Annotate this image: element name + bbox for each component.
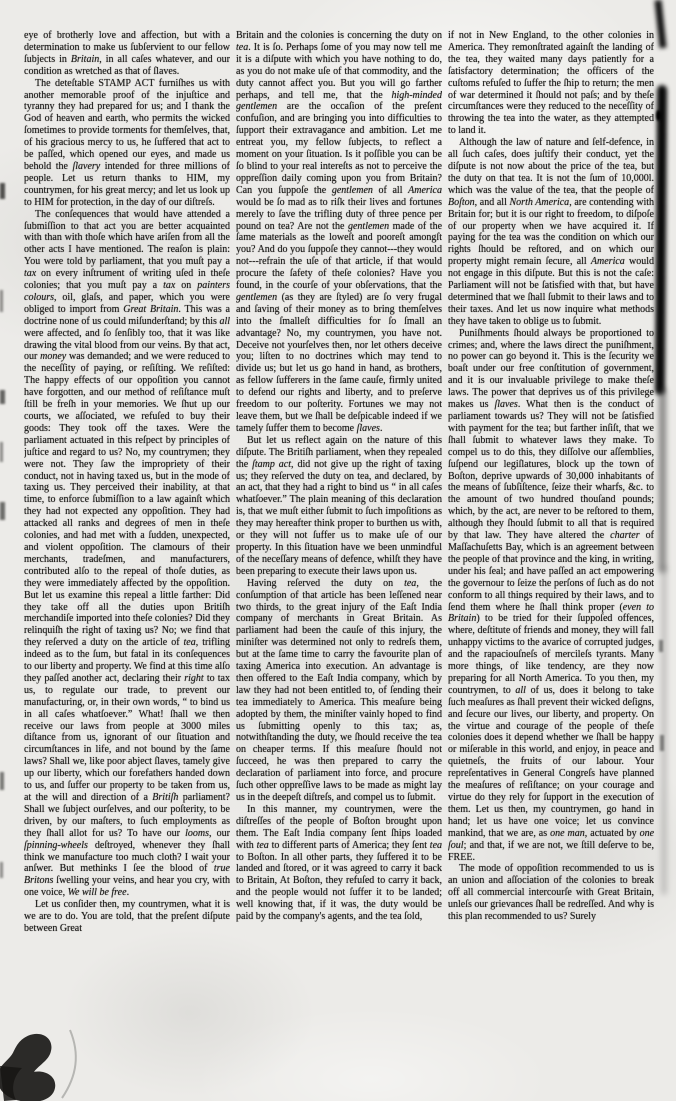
text-column-right: if not in New England, to the other colo… — [448, 30, 654, 1088]
binding-shadow-main — [655, 85, 667, 395]
text-columns: eye of brotherly love and affection, but… — [24, 30, 654, 1088]
paragraph: The conſequences that would have attende… — [24, 209, 230, 900]
binding-shadow-top — [655, 0, 667, 48]
paragraph: Although the law of nature and ſelf-defe… — [448, 137, 654, 328]
binding-speck — [659, 640, 663, 652]
paragraph: Having reſerved the duty on tea, the con… — [236, 578, 442, 804]
paragraph: if not in New England, to the other colo… — [448, 30, 654, 137]
paragraph: eye of brotherly love and affection, but… — [24, 30, 230, 78]
text-column-left: eye of brotherly love and affection, but… — [24, 30, 230, 1088]
paragraph: Britain and the colonies is concerning t… — [236, 30, 442, 435]
paper-smudge — [0, 502, 5, 520]
paragraph: The deteſtable STAMP ACT furniſhes us wi… — [24, 78, 230, 209]
paragraph: Puniſhments ſhould always be proportione… — [448, 328, 654, 864]
paper-smudge — [0, 772, 4, 790]
paragraph: Let us conſider then, my countrymen, wha… — [24, 899, 230, 935]
binding-shadow-lower — [661, 565, 667, 895]
paragraph: The mode of oppoſition recommended to us… — [448, 863, 654, 923]
paper-smudge — [0, 442, 3, 462]
paper-smudge — [0, 862, 3, 878]
binding-ink-dot — [656, 110, 661, 121]
binding-shadow-mid — [659, 388, 666, 573]
paragraph: In this manner, my countrymen, were the … — [236, 804, 442, 923]
binding-speck — [660, 735, 664, 751]
scanned-page: { "colors": { "paper": "#ecebe8", "ink":… — [0, 0, 676, 1101]
paragraph: But let us reflect again on the nature o… — [236, 435, 442, 578]
paper-smudge — [0, 390, 5, 404]
paper-smudge — [0, 183, 5, 199]
text-column-middle: Britain and the colonies is concerning t… — [236, 30, 442, 1088]
paper-smudge — [0, 290, 3, 312]
